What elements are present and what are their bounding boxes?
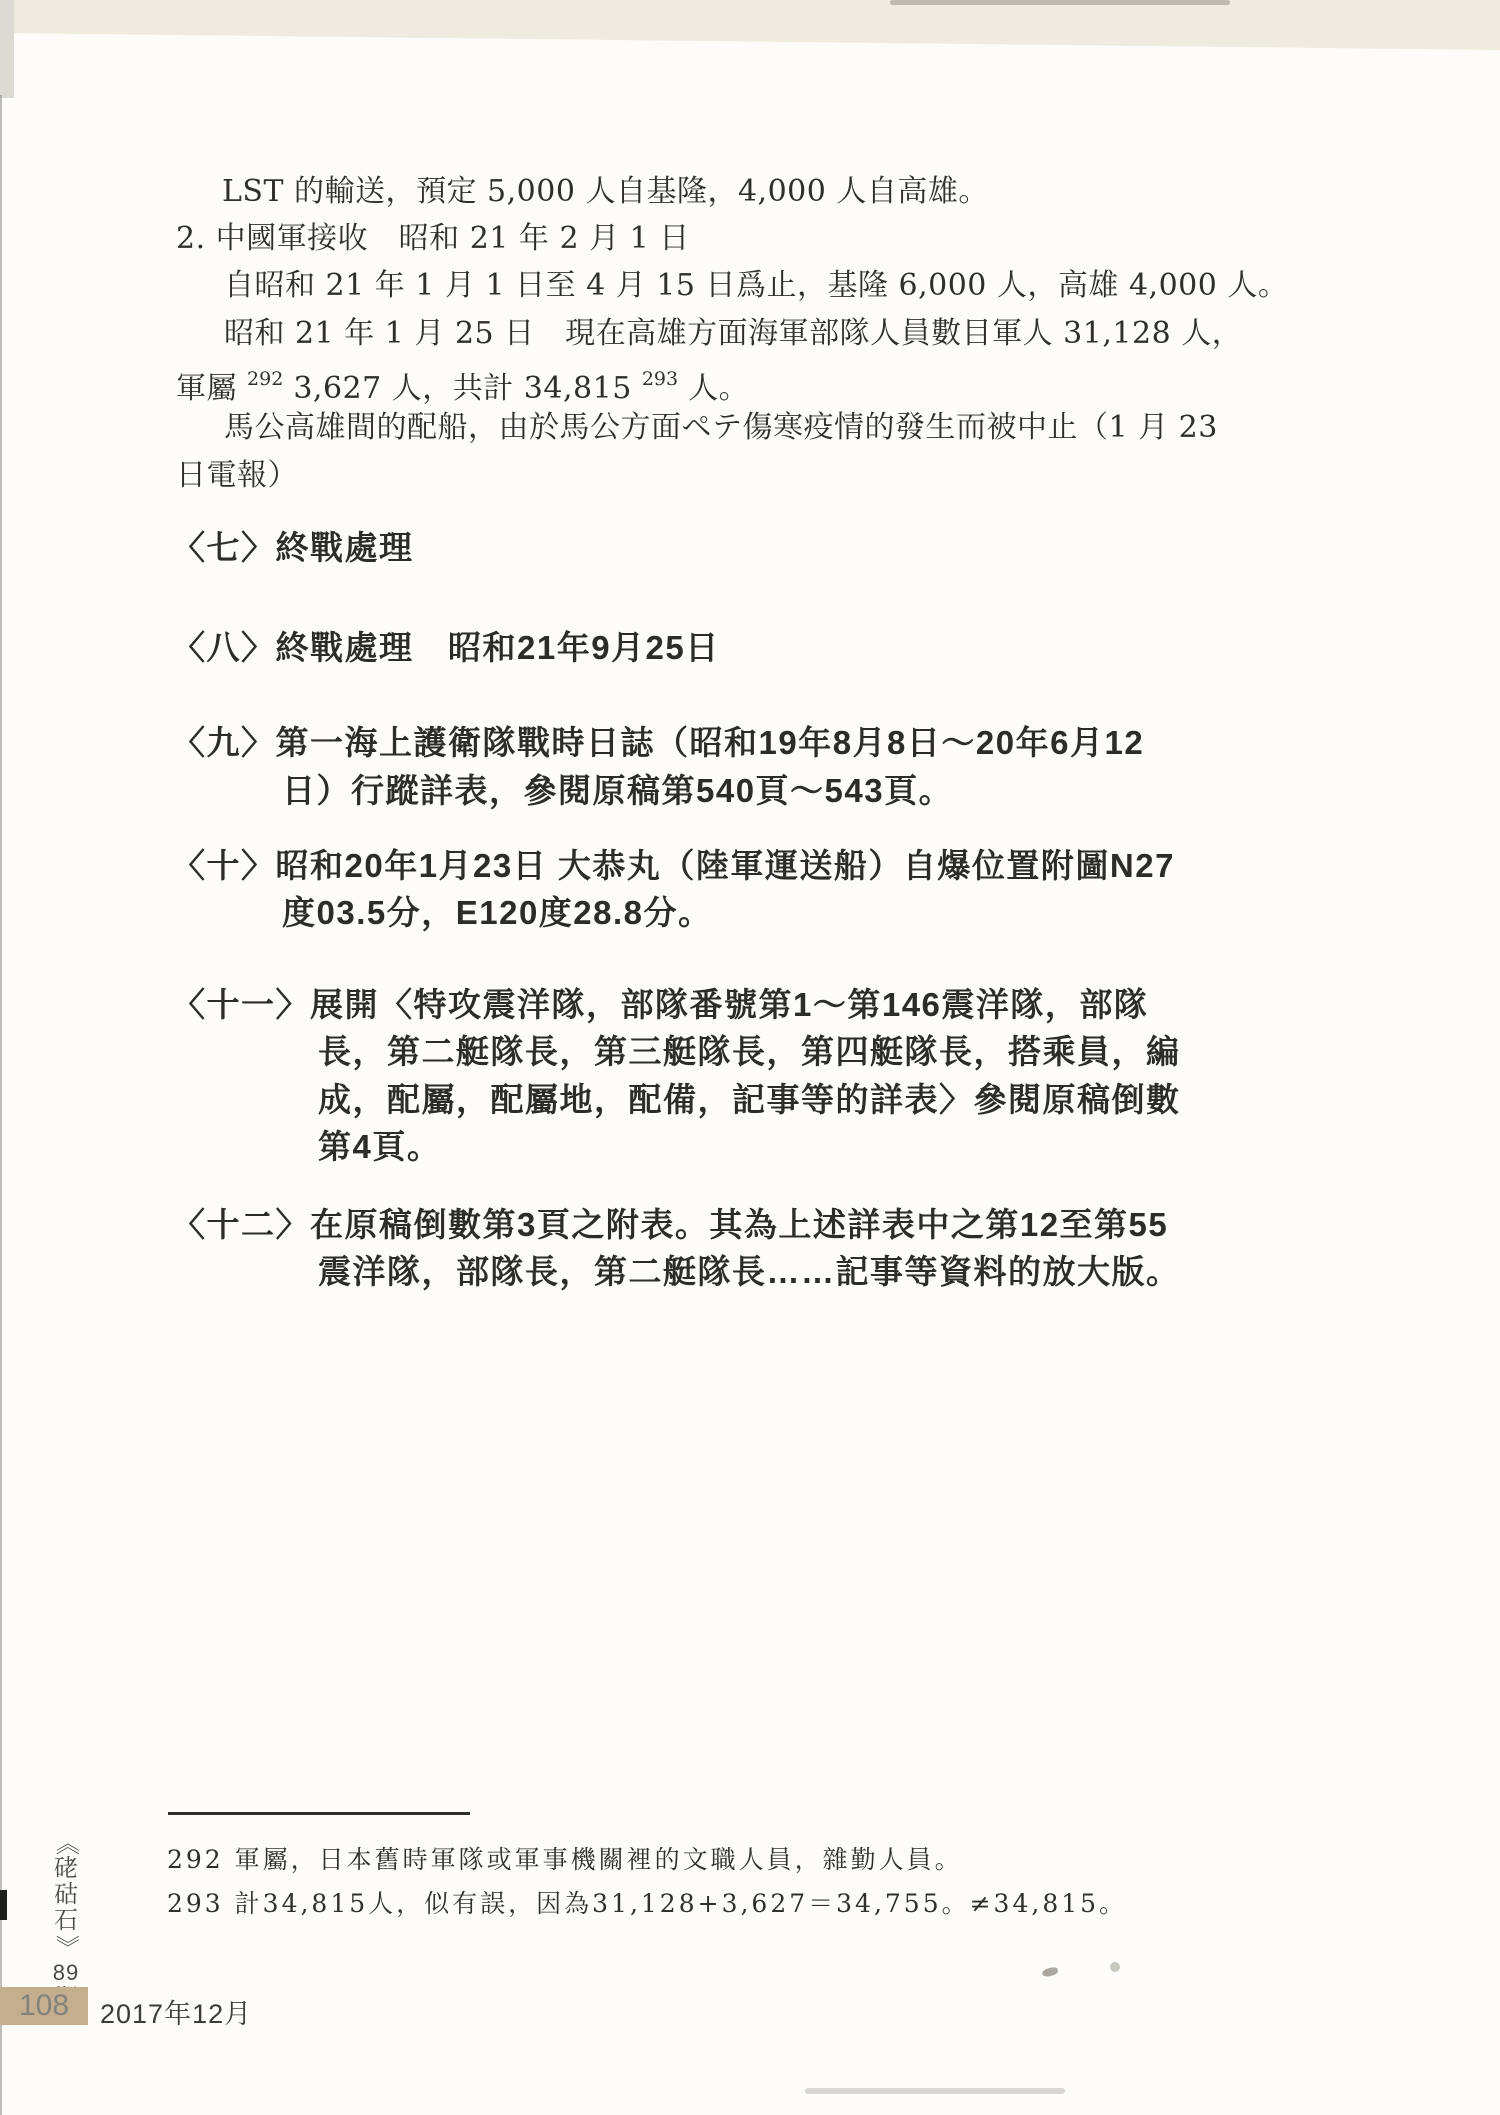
scan-top-band: [0, 0, 1500, 56]
scan-smudge-top: [890, 0, 1230, 5]
footnote-ref-292: 292: [247, 368, 283, 390]
journal-char: 石: [54, 1908, 78, 1934]
scan-notch-mark: [0, 1890, 7, 1920]
body-line-5-text: 人。: [678, 371, 749, 406]
body-line-1: LST 的輸送，預定 5,000 人自基隆，4,000 人自高雄。: [222, 172, 989, 212]
page-edge-line: [0, 95, 2, 2115]
body-line-7: 日電報）: [176, 456, 298, 496]
journal-bracket-close: 》: [53, 1935, 79, 1959]
journal-issue-number: 89: [53, 1960, 79, 1986]
body-line-5-text: 軍屬: [176, 371, 247, 406]
body-line-5-text: 3,627 人，共計 34,815: [283, 371, 642, 406]
body-line-5: 軍屬 292 3,627 人，共計 34,815 293 人。: [176, 361, 749, 409]
section-heading-11-line-2: 長，第二艇隊長，第三艇隊長，第四艇隊長，搭乘員，編: [318, 1031, 1181, 1073]
scan-smudge-bottom: [805, 2088, 1065, 2094]
page-number: 108: [19, 1989, 69, 2023]
journal-title-vertical: 《 硓 𥑮 石 》 89 期: [46, 1830, 86, 2012]
scan-corner-shadow: [0, 0, 14, 98]
section-heading-11-line-3: 成，配屬，配屬地，配備，記事等的詳表〉參閱原稿倒數: [318, 1079, 1181, 1121]
section-heading-9-line-2: 日）行蹤詳表，參閱原稿第540頁～543頁。: [282, 770, 953, 812]
body-line-3: 自昭和 21 年 1 月 1 日至 4 月 15 日爲止，基隆 6,000 人，…: [224, 266, 1288, 306]
journal-char: 𥑮: [54, 1882, 78, 1908]
footnote-separator-rule: [168, 1812, 470, 1815]
scanned-document-page: LST 的輸送，預定 5,000 人自基隆，4,000 人自高雄。 2. 中國軍…: [0, 0, 1500, 2115]
scan-speck: [1041, 1966, 1058, 1977]
section-heading-10-line-1: 〈十〉昭和20年1月23日 大恭丸（陸軍運送船）自爆位置附圖N27: [172, 845, 1175, 887]
footnote-292: 292 軍屬，日本舊時軍隊或軍事機關裡的文職人員，雜勤人員。: [167, 1840, 963, 1876]
section-heading-10-line-2: 度03.5分，E120度28.8分。: [282, 892, 713, 934]
footnote-293: 293 計34,815人，似有誤，因為31,128+3,627＝34,755。≠…: [167, 1884, 1127, 1920]
section-heading-9-line-1: 〈九〉第一海上護衛隊戰時日誌（昭和19年8月8日～20年6月12: [172, 722, 1144, 764]
issue-date: 2017年12月: [100, 1992, 252, 2031]
body-line-4: 昭和 21 年 1 月 25 日 現在高雄方面海軍部隊人員數目軍人 31,128…: [224, 314, 1242, 354]
section-heading-8: 〈八〉終戰處理 昭和21年9月25日: [172, 627, 720, 669]
journal-bracket-open: 《: [53, 1831, 79, 1855]
page-number-tab: 108: [0, 1987, 88, 2025]
journal-char: 硓: [54, 1856, 78, 1882]
section-heading-7: 〈七〉終戰處理: [172, 527, 414, 569]
section-heading-11-line-1: 〈十一〉展開〈特攻震洋隊，部隊番號第1～第146震洋隊，部隊: [172, 984, 1148, 1026]
body-line-2: 2. 中國軍接收 昭和 21 年 2 月 1 日: [176, 219, 690, 259]
section-heading-11-line-4: 第4頁。: [318, 1126, 441, 1168]
section-heading-12-line-2: 震洋隊，部隊長，第二艇隊長……記事等資料的放大版。: [318, 1251, 1181, 1293]
body-line-6: 馬公高雄間的配船，由於馬公方面ペテ傷寒疫情的發生而被中止（1 月 23: [224, 408, 1218, 448]
scan-speck: [1110, 1962, 1120, 1972]
section-heading-12-line-1: 〈十二〉在原稿倒數第3頁之附表。其為上述詳表中之第12至第55: [172, 1204, 1168, 1246]
footnote-ref-293: 293: [642, 368, 678, 390]
